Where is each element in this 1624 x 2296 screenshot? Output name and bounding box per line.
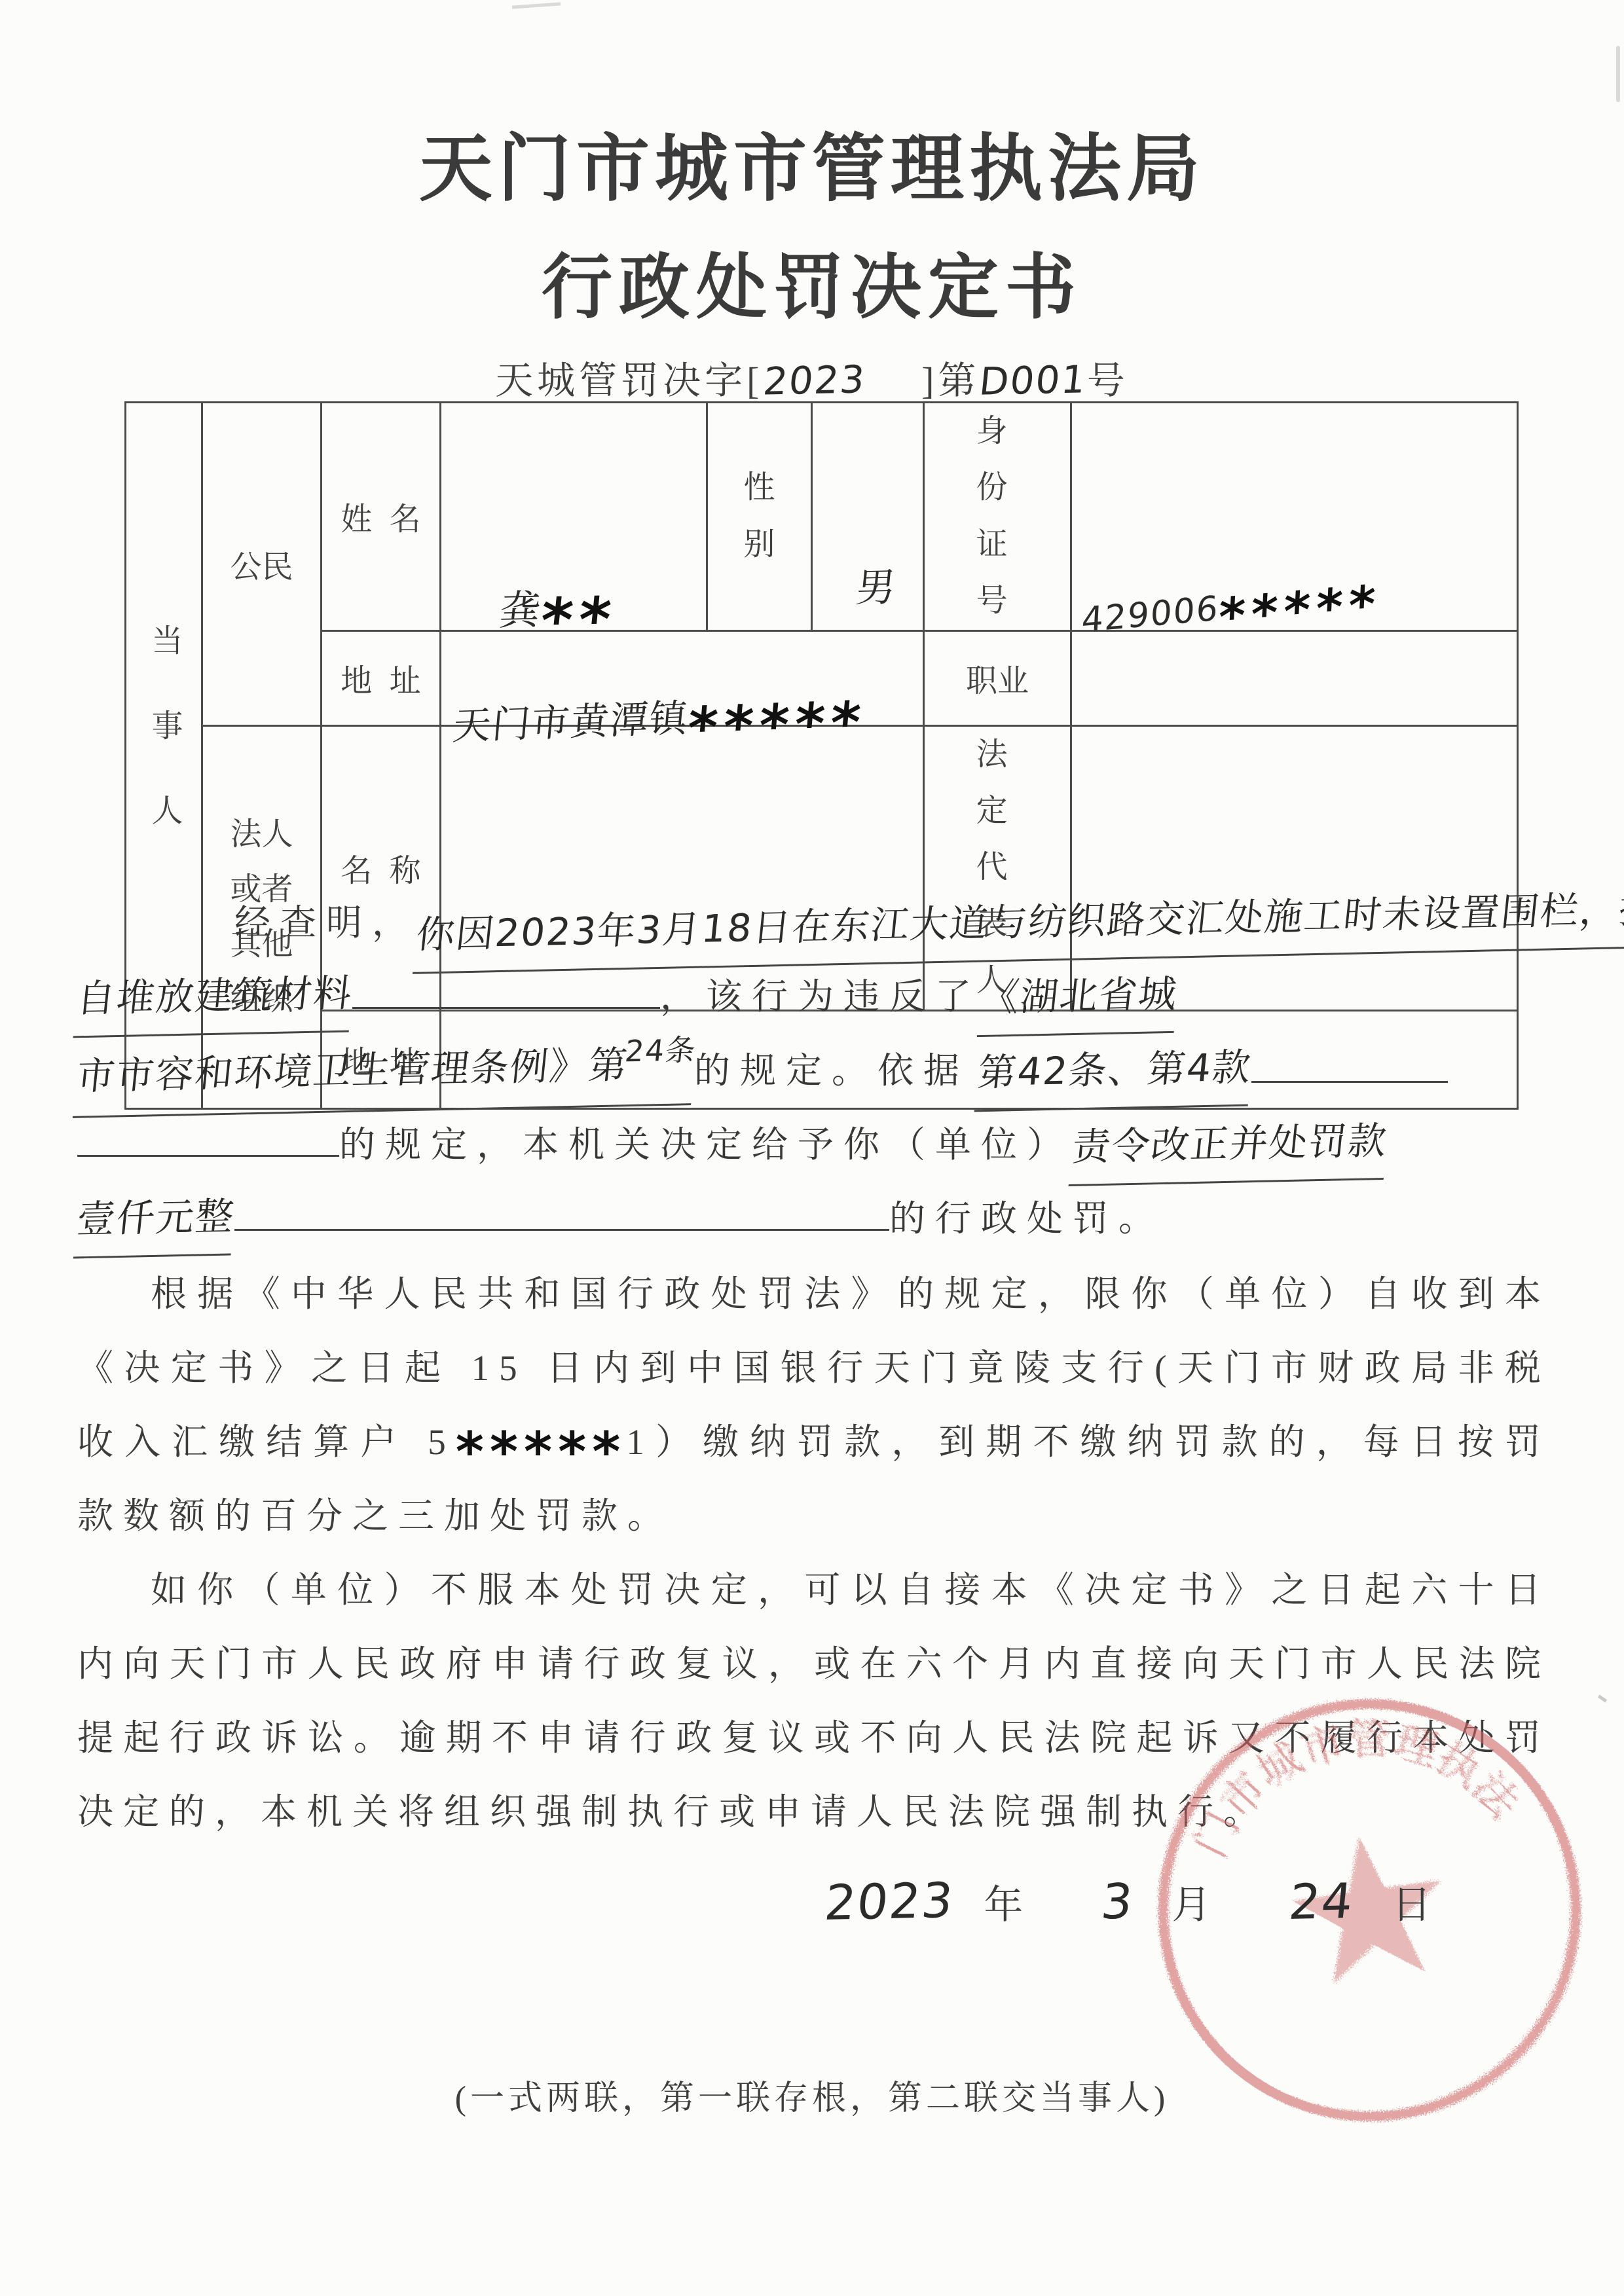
doc-no-mid: 第: [938, 359, 980, 402]
date-year-unit: 年: [984, 1884, 1023, 1927]
violation-facts-handwritten: 自堆放建筑材料: [73, 957, 357, 1038]
findings-line: 经查明，你因2023年3月18日在东江大道与纺织路交汇处施工时未设置围栏，擅: [77, 885, 1551, 959]
scan-artifact: [512, 2, 561, 9]
penalty-decision-document: 天门市城市管理执法局 行政处罚决定书 天城管罚决字[2023]第D001号 当事…: [0, 0, 1624, 2296]
party-label: 当事人: [148, 624, 179, 879]
citizen-address-label-cell: 地址: [322, 630, 441, 725]
citizen-address-handwritten: 天门市黄潭镇*****: [451, 680, 870, 750]
blank-underline: [1251, 1042, 1448, 1084]
scan-artifact: [1616, 46, 1620, 102]
per-provision-text: 的规定。依据: [694, 1051, 969, 1091]
id-label: 身份证号: [965, 403, 1031, 630]
citizen-address-label: 地址: [323, 655, 438, 701]
occupation-label: 职业: [966, 664, 1029, 699]
table-row: 地址 天门市黄潭镇***** 职业: [126, 630, 1518, 725]
basis-articles-handwritten: 第42条、第4款: [974, 1030, 1255, 1112]
doc-no-bracket-close: ]: [921, 359, 938, 402]
violated-law-handwritten: 《湖北省城: [977, 957, 1182, 1037]
doc-no-prefix: 天城管罚决字: [495, 359, 747, 402]
date-day-handwritten: 24: [1287, 1873, 1357, 1931]
payment-instructions-paragraph: 根据《中华人民共和国行政处罚法》的规定，限你（单位）自收到本《决定书》之日起 1…: [77, 1257, 1551, 1553]
citizen-address-value-cell: 天门市黄潭镇*****: [441, 630, 924, 725]
scan-artifact: [1598, 1694, 1607, 1702]
penalty-amount-handwritten: 壹仟元整: [73, 1179, 238, 1258]
name-value-cell: 龚**: [441, 403, 707, 631]
org-name-label: 名称: [323, 845, 438, 890]
name-label-cell: 姓名: [322, 403, 441, 631]
findings-line: 自堆放建筑材料，该行为违反了《湖北省城: [77, 959, 1551, 1033]
findings-lead: 经查明，: [234, 903, 418, 943]
date-year-handwritten: 2023: [822, 1872, 957, 1931]
inserted-article-handwritten: 24条: [623, 1032, 698, 1068]
findings-line: 壹仟元整的行政处罚。: [77, 1181, 1551, 1255]
name-label: 姓名: [323, 494, 438, 539]
gender-label: 性别: [743, 460, 775, 573]
date-month-handwritten: 3: [1099, 1873, 1137, 1930]
id-value-cell: 429006*****: [1071, 403, 1518, 631]
citizen-group-label: 公民: [230, 550, 293, 585]
masked-account-stars: *****: [456, 1421, 627, 1484]
name-value-handwritten: 龚**: [497, 575, 621, 636]
date-day-unit: 日: [1392, 1884, 1431, 1927]
gender-value-handwritten: 男: [854, 556, 900, 613]
id-label-cell: 身份证号: [924, 403, 1071, 631]
table-row: 当事人 公民 姓名 龚** 性别 男 身份证号 429006*****: [126, 403, 1518, 631]
findings-line: 市市容和环境卫生管理条例》第24条的规定。依据 第42条、第4款: [77, 1033, 1551, 1107]
penalty-content-handwritten: 责令改正并处罚款: [1069, 1104, 1392, 1186]
occupation-label-cell: 职业: [924, 630, 1071, 725]
document-number-line: 天城管罚决字[2023]第D001号: [0, 350, 1624, 405]
blank-underline: [234, 1190, 889, 1231]
occupation-value-cell: [1071, 630, 1518, 725]
citizen-group-cell: 公民: [202, 403, 322, 726]
doc-no-bracket-open: [: [747, 359, 763, 402]
doc-no-serial-handwritten: D001: [978, 357, 1090, 403]
violated-lead: ，该行为违反了: [660, 977, 981, 1017]
violated-law-handwritten: 市市容和环境卫生管理条例》第24条: [73, 1027, 699, 1118]
gender-value-cell: 男: [812, 403, 924, 631]
doc-no-year-handwritten: 2023: [761, 357, 868, 403]
doc-no-suffix: 号: [1087, 359, 1129, 402]
document-type-title: 行政处罚决定书: [0, 230, 1624, 332]
issuing-authority-title: 天门市城市管理执法局: [0, 110, 1624, 215]
date-month-unit: 月: [1172, 1884, 1211, 1927]
decision-lead: 的规定，本机关决定给予你（单位）: [339, 1125, 1073, 1165]
blank-underline: [352, 968, 660, 1010]
gender-label-cell: 性别: [707, 403, 812, 631]
masked-stars: *****: [685, 689, 869, 762]
findings-paragraph: 经查明，你因2023年3月18日在东江大道与纺织路交汇处施工时未设置围栏，擅 自…: [77, 885, 1551, 1255]
penalty-tail-text: 的行政处罚。: [889, 1199, 1164, 1239]
blank-underline: [77, 1116, 339, 1157]
decision-date: 2023年3月24日: [825, 1874, 1431, 1930]
findings-line: 的规定，本机关决定给予你（单位）责令改正并处罚款: [77, 1107, 1551, 1181]
